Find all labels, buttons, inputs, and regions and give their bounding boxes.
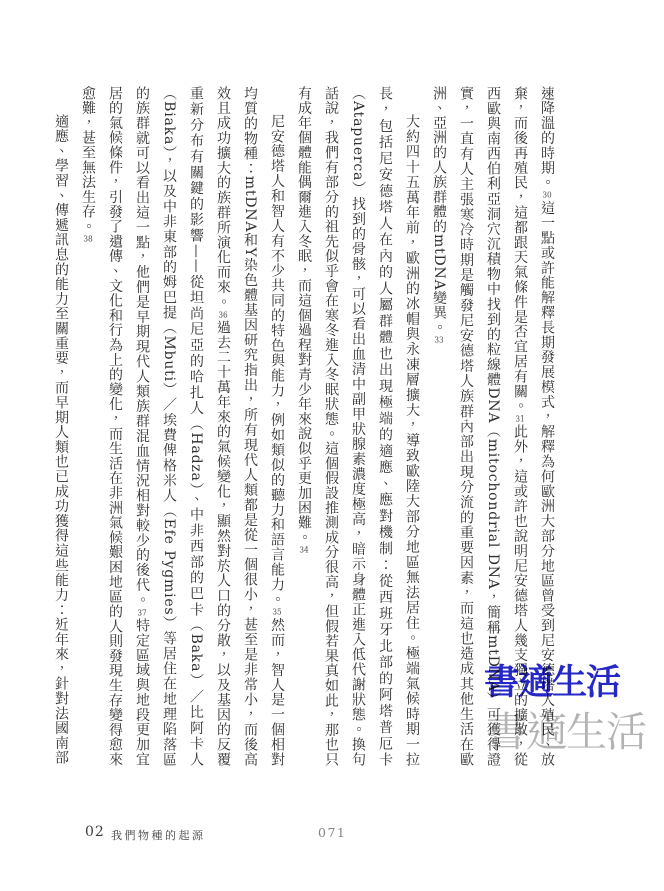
page-number: 071 [318,825,346,840]
footnote-ref: 30 [542,191,552,200]
footnote-ref: 34 [299,546,309,555]
body-text: 速降溫的時期。30這一點或許能解釋長期發展模式，解釋為何歐洲大部分地區曾受到尼安… [72,86,560,767]
footnote-ref: 36 [218,311,228,320]
chapter-title: 我們物種的起源 [111,827,206,843]
chapter-number: 02 [85,824,105,840]
paragraph: 尼安德塔人和智人有不少共同的特色與能力，例如類似的聽力和語言能力。35然而，智人… [74,86,290,767]
footnote-ref: 33 [434,336,444,345]
book-page: 速降溫的時期。30這一點或許能解釋長期發展模式，解釋為何歐洲大部分地區曾受到尼安… [0,0,664,891]
footnote-ref: 38 [83,235,93,244]
footnote-ref: 35 [272,608,282,617]
page-footer: 02 我們物種的起源 071 [0,820,664,850]
paragraph: 速降溫的時期。30這一點或許能解釋長期發展模式，解釋為何歐洲大部分地區曾受到尼安… [425,86,560,767]
paragraph: 適應、學習、傳遞訊息的能力至關重要，而早期人類也已成功獲得這些能力：近年來，針對… [47,86,74,767]
paragraph: 大約四十五萬年前，歐洲的冰帽與永凍層擴大，導致歐陸大部分地區無法居住。極端氣候時… [290,86,425,767]
footnote-ref: 31 [515,415,525,424]
footnote-ref: 37 [137,609,147,618]
